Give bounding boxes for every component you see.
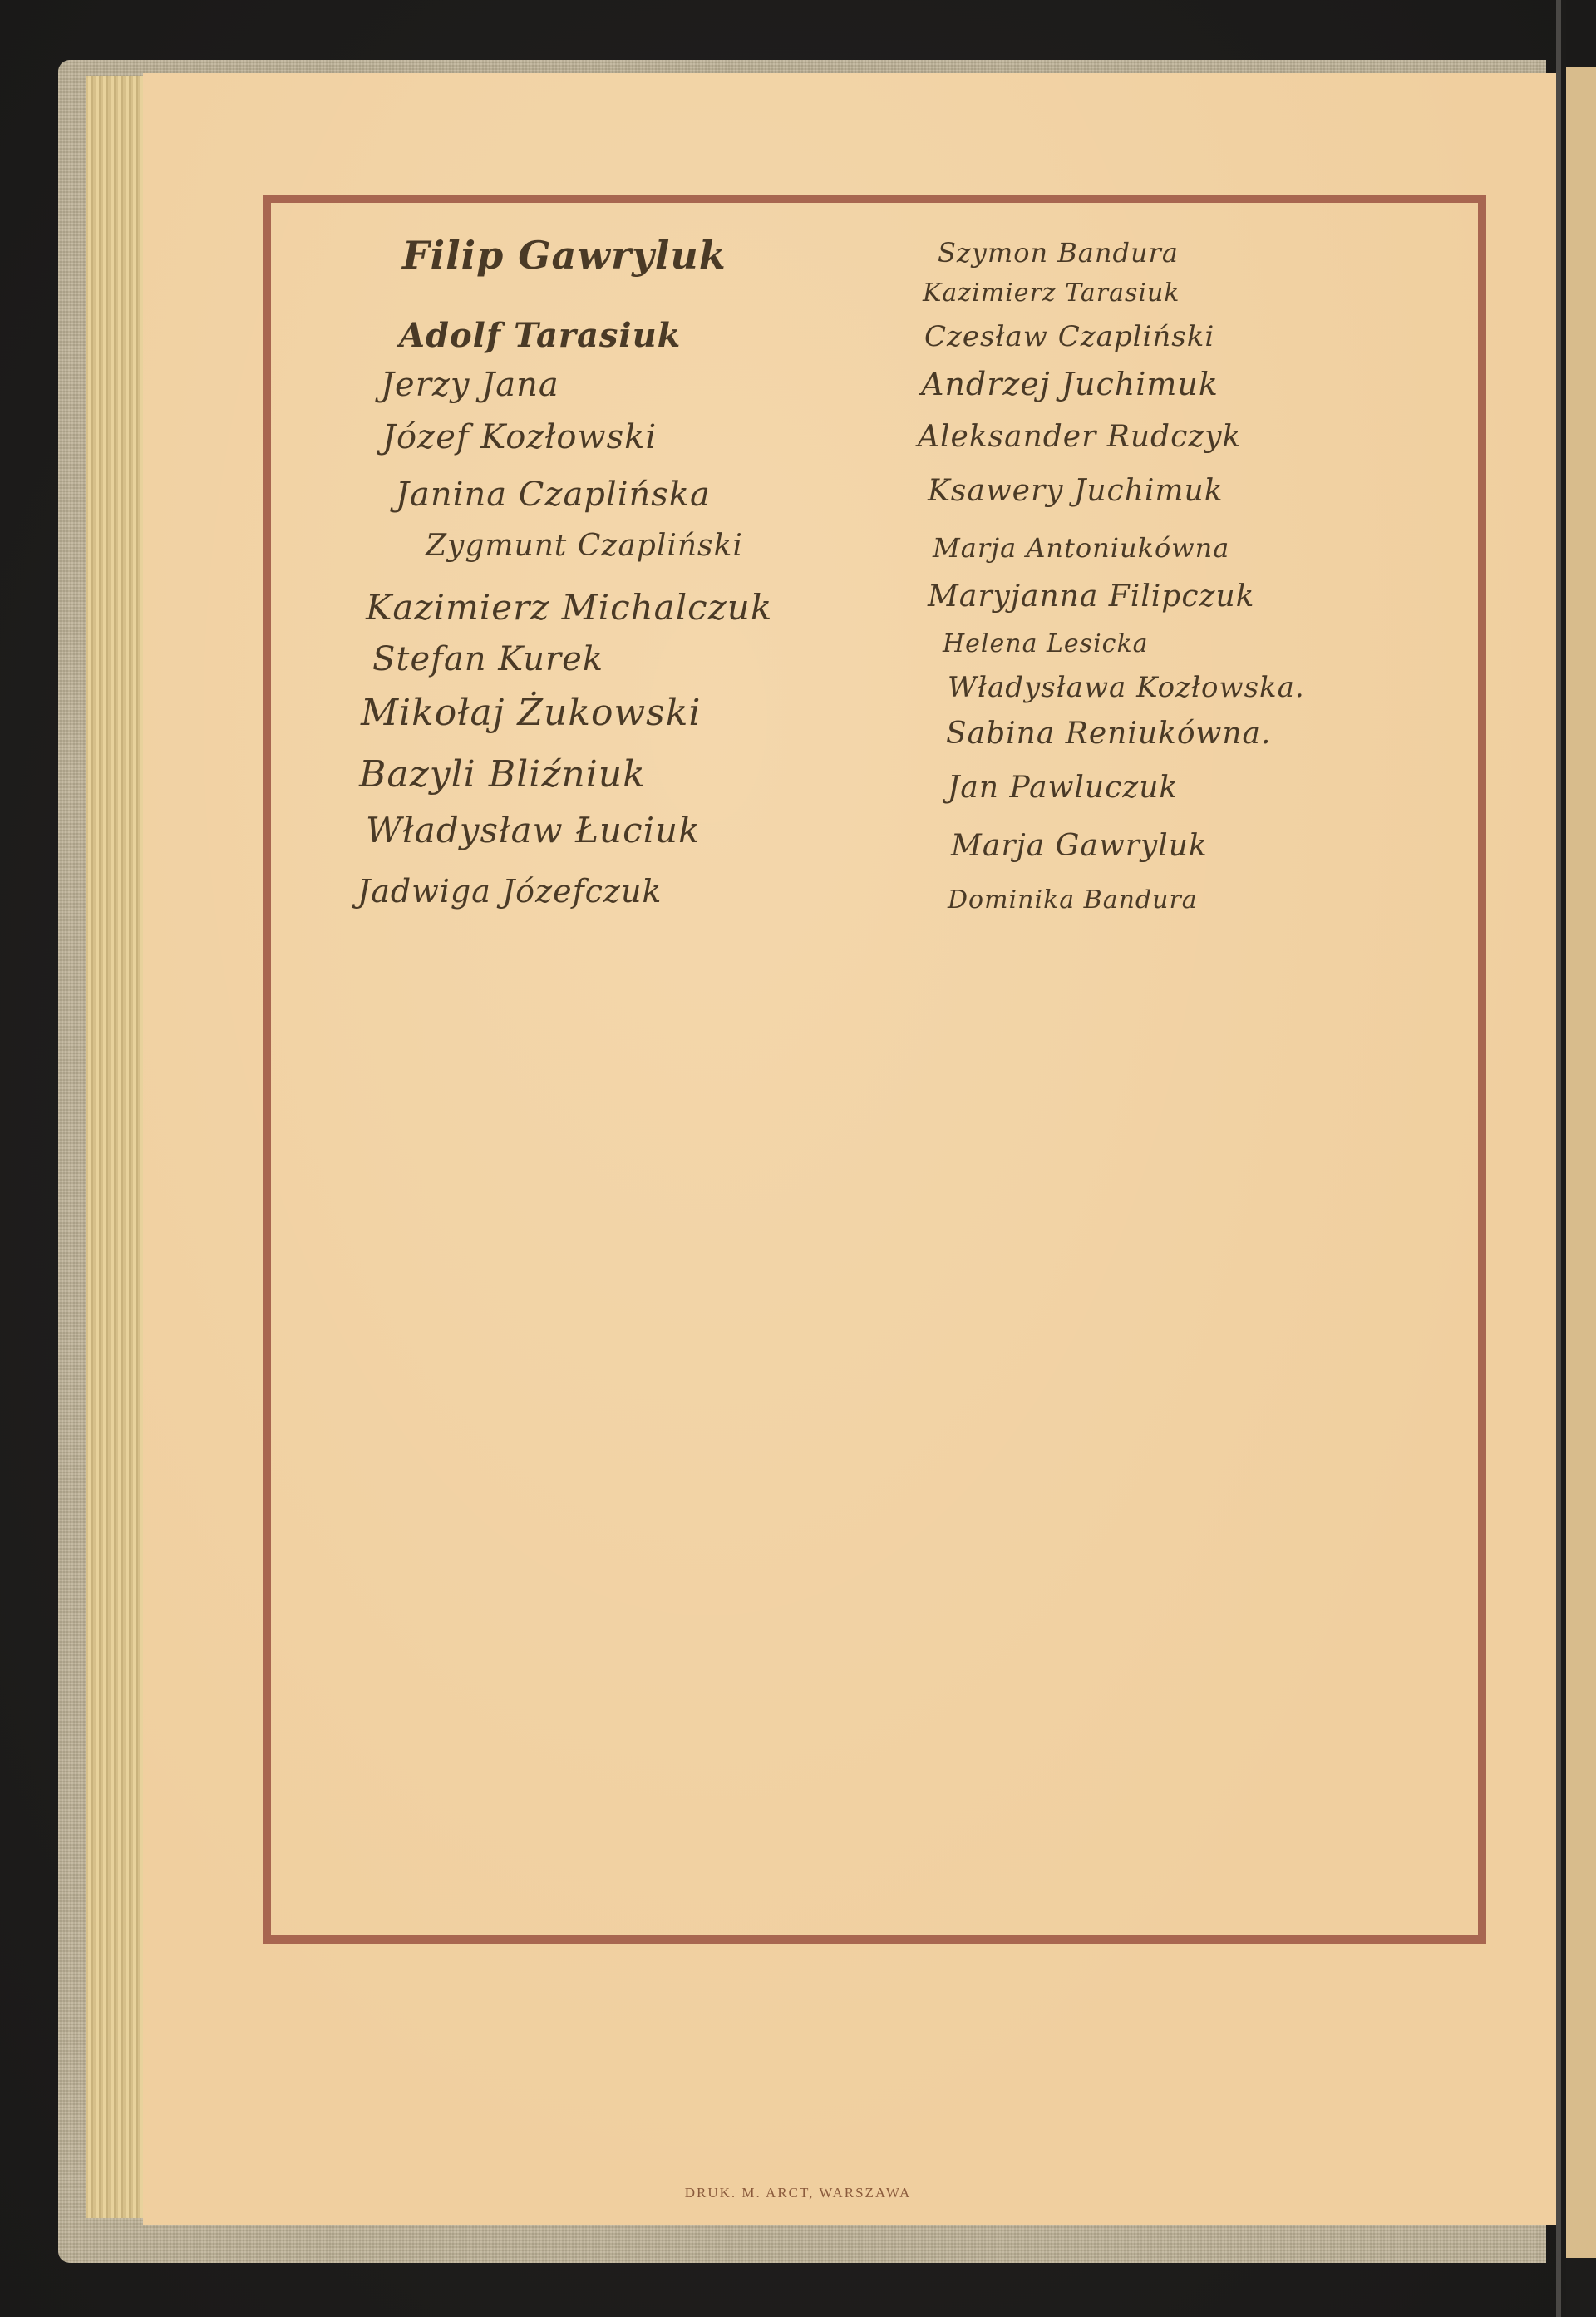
signature: Bazyli Bliźniuk (359, 753, 646, 796)
signature: Jerzy Jana (381, 366, 559, 404)
signature: Kazimierz Michalczuk (366, 587, 772, 628)
signature: Adolf Tarasiuk (399, 316, 681, 355)
signature: Jadwiga Józefczuk (357, 873, 662, 910)
gutter-shadow-top (1566, 0, 1596, 67)
signature: Czesław Czapliński (924, 320, 1214, 353)
signature: Maryjanna Filipczuk (928, 579, 1254, 614)
signature: Sabina Reniukówna. (946, 717, 1271, 751)
signature: Józef Kozłowski (382, 418, 657, 456)
signature: Kazimierz Tarasiuk (923, 279, 1180, 308)
signature: Jan Pawluczuk (948, 771, 1178, 805)
signature: Janina Czaplińska (396, 476, 711, 514)
signature: Zygmunt Czapliński (426, 529, 743, 563)
signature: Mikołaj Żukowski (361, 692, 701, 734)
printer-imprint: DRUK. M. ARCT, WARSZAWA (0, 2185, 1596, 2201)
decorative-frame (263, 195, 1486, 1944)
signature: Dominika Bandura (948, 885, 1198, 914)
signature: Marja Antoniukówna (933, 532, 1229, 564)
signature: Ksawery Juchimuk (928, 474, 1224, 508)
signature: Aleksander Rudczyk (918, 420, 1241, 454)
signature: Helena Lesicka (943, 629, 1149, 658)
facing-page-gutter (1556, 0, 1596, 2317)
page-edges (86, 76, 152, 2218)
gutter-shadow-bottom (1566, 2258, 1596, 2317)
signature: Andrzej Juchimuk (921, 366, 1219, 402)
signature: Władysława Kozłowska. (948, 671, 1305, 704)
signature: Marja Gawryluk (951, 829, 1208, 863)
signature: Szymon Bandura (938, 237, 1179, 269)
signature: Filip Gawryluk (402, 233, 727, 278)
signature: Władysław Łuciuk (366, 810, 701, 850)
signature: Stefan Kurek (372, 640, 603, 678)
